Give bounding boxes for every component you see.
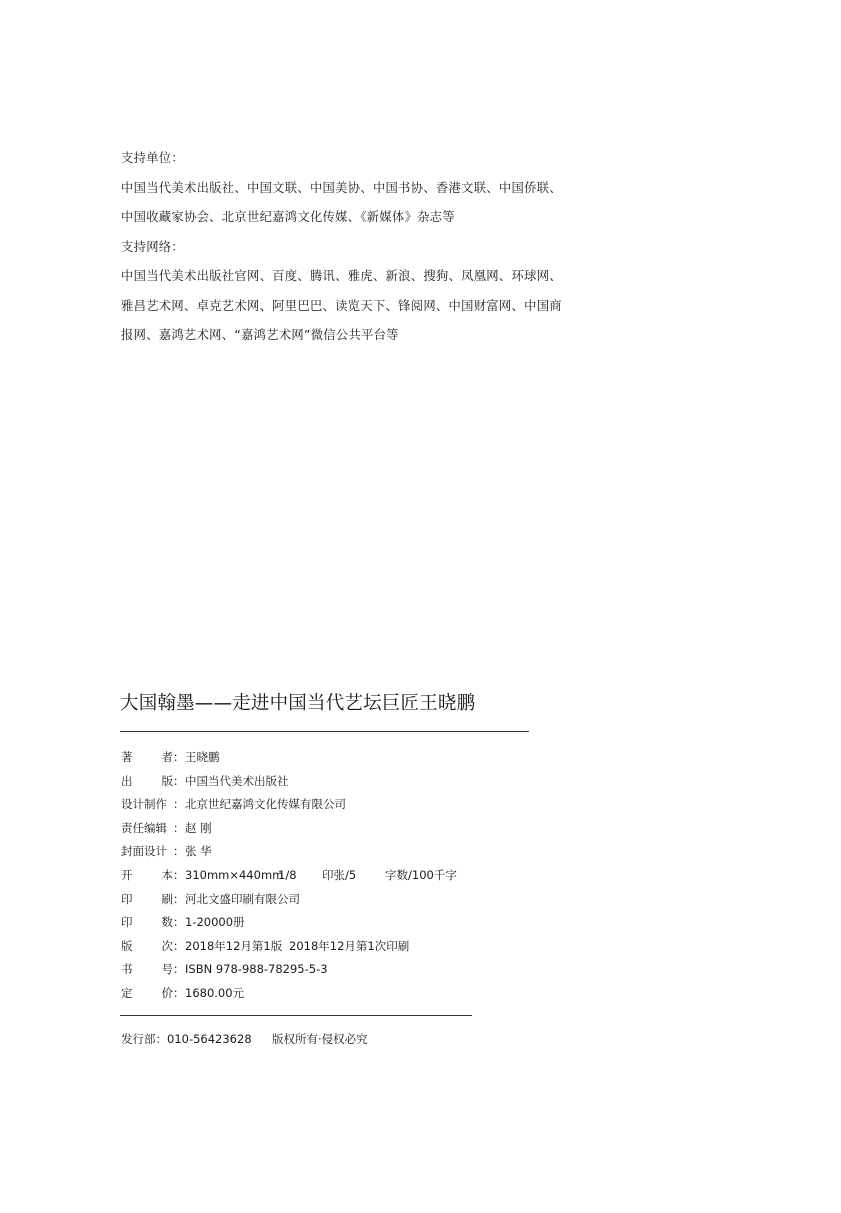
- printing-date: 2018年12月第1次印刷: [289, 938, 409, 954]
- row-label: 版 次: [121, 938, 173, 954]
- row-label: 书 号: [121, 961, 173, 977]
- edition-date: 2018年12月第1版: [185, 938, 282, 954]
- support-networks-line: 报网、嘉鸿艺术网、“嘉鸿艺术网”微信公共平台等: [121, 326, 621, 356]
- print-run-value: 1-20000册: [185, 914, 245, 930]
- colophon-page: 支持单位： 中国当代美术出版社、中国文联、中国美协、中国书协、香港文联、中国侨联…: [0, 0, 841, 1213]
- format-fold: 1/8: [278, 867, 297, 883]
- support-networks-line: 雅昌艺术网、卓克艺术网、阿里巴巴、读览天下、锋阅网、中国财富网、中国商: [121, 297, 621, 327]
- format-word-count: 字数/100千字: [385, 867, 457, 883]
- format-size: 310mm×440mm: [185, 867, 283, 883]
- row-label: 印 刷: [121, 891, 173, 907]
- row-label: 定 价: [121, 985, 173, 1001]
- support-networks-label: 支持网络：: [121, 238, 621, 268]
- colophon-divider: [120, 1015, 472, 1016]
- cover-design-value: 张 华: [185, 843, 212, 859]
- support-units-line: 中国当代美术出版社、中国文联、中国美协、中国书协、香港文联、中国侨联、: [121, 179, 621, 209]
- author-value: 王晓鹏: [185, 749, 220, 765]
- format-sheets: 印张/5: [322, 867, 356, 883]
- row-label: 著 者: [121, 749, 173, 765]
- footer: 发行部：010-56423628 版权所有·侵权必究: [121, 1031, 252, 1047]
- support-units-line: 中国收藏家协会、北京世纪嘉鸿文化传媒、《新媒体》杂志等: [121, 208, 621, 238]
- design-production-value: 北京世纪嘉鸿文化传媒有限公司: [185, 796, 346, 812]
- title-divider: [120, 731, 529, 732]
- row-label: 开 本: [121, 867, 173, 883]
- price-value: 1680.00元: [185, 985, 244, 1001]
- row-label: 印 数: [121, 914, 173, 930]
- copyright-notice: 版权所有·侵权必究: [272, 1031, 368, 1047]
- support-section: 支持单位： 中国当代美术出版社、中国文联、中国美协、中国书协、香港文联、中国侨联…: [121, 149, 621, 356]
- editor-value: 赵 刚: [185, 820, 212, 836]
- publisher-value: 中国当代美术出版社: [185, 773, 289, 789]
- printer-value: 河北文盛印刷有限公司: [185, 891, 300, 907]
- support-networks-line: 中国当代美术出版社官网、百度、腾讯、雅虎、新浪、搜狗、凤凰网、环球网、: [121, 267, 621, 297]
- isbn-value: ISBN 978-988-78295-5-3: [185, 961, 328, 977]
- book-title: 大国翰墨——走进中国当代艺坛巨匠王晓鹏: [120, 692, 475, 716]
- row-label: 出 版: [121, 773, 173, 789]
- distribution-phone: 发行部：010-56423628: [121, 1032, 252, 1046]
- support-units-label: 支持单位：: [121, 149, 621, 179]
